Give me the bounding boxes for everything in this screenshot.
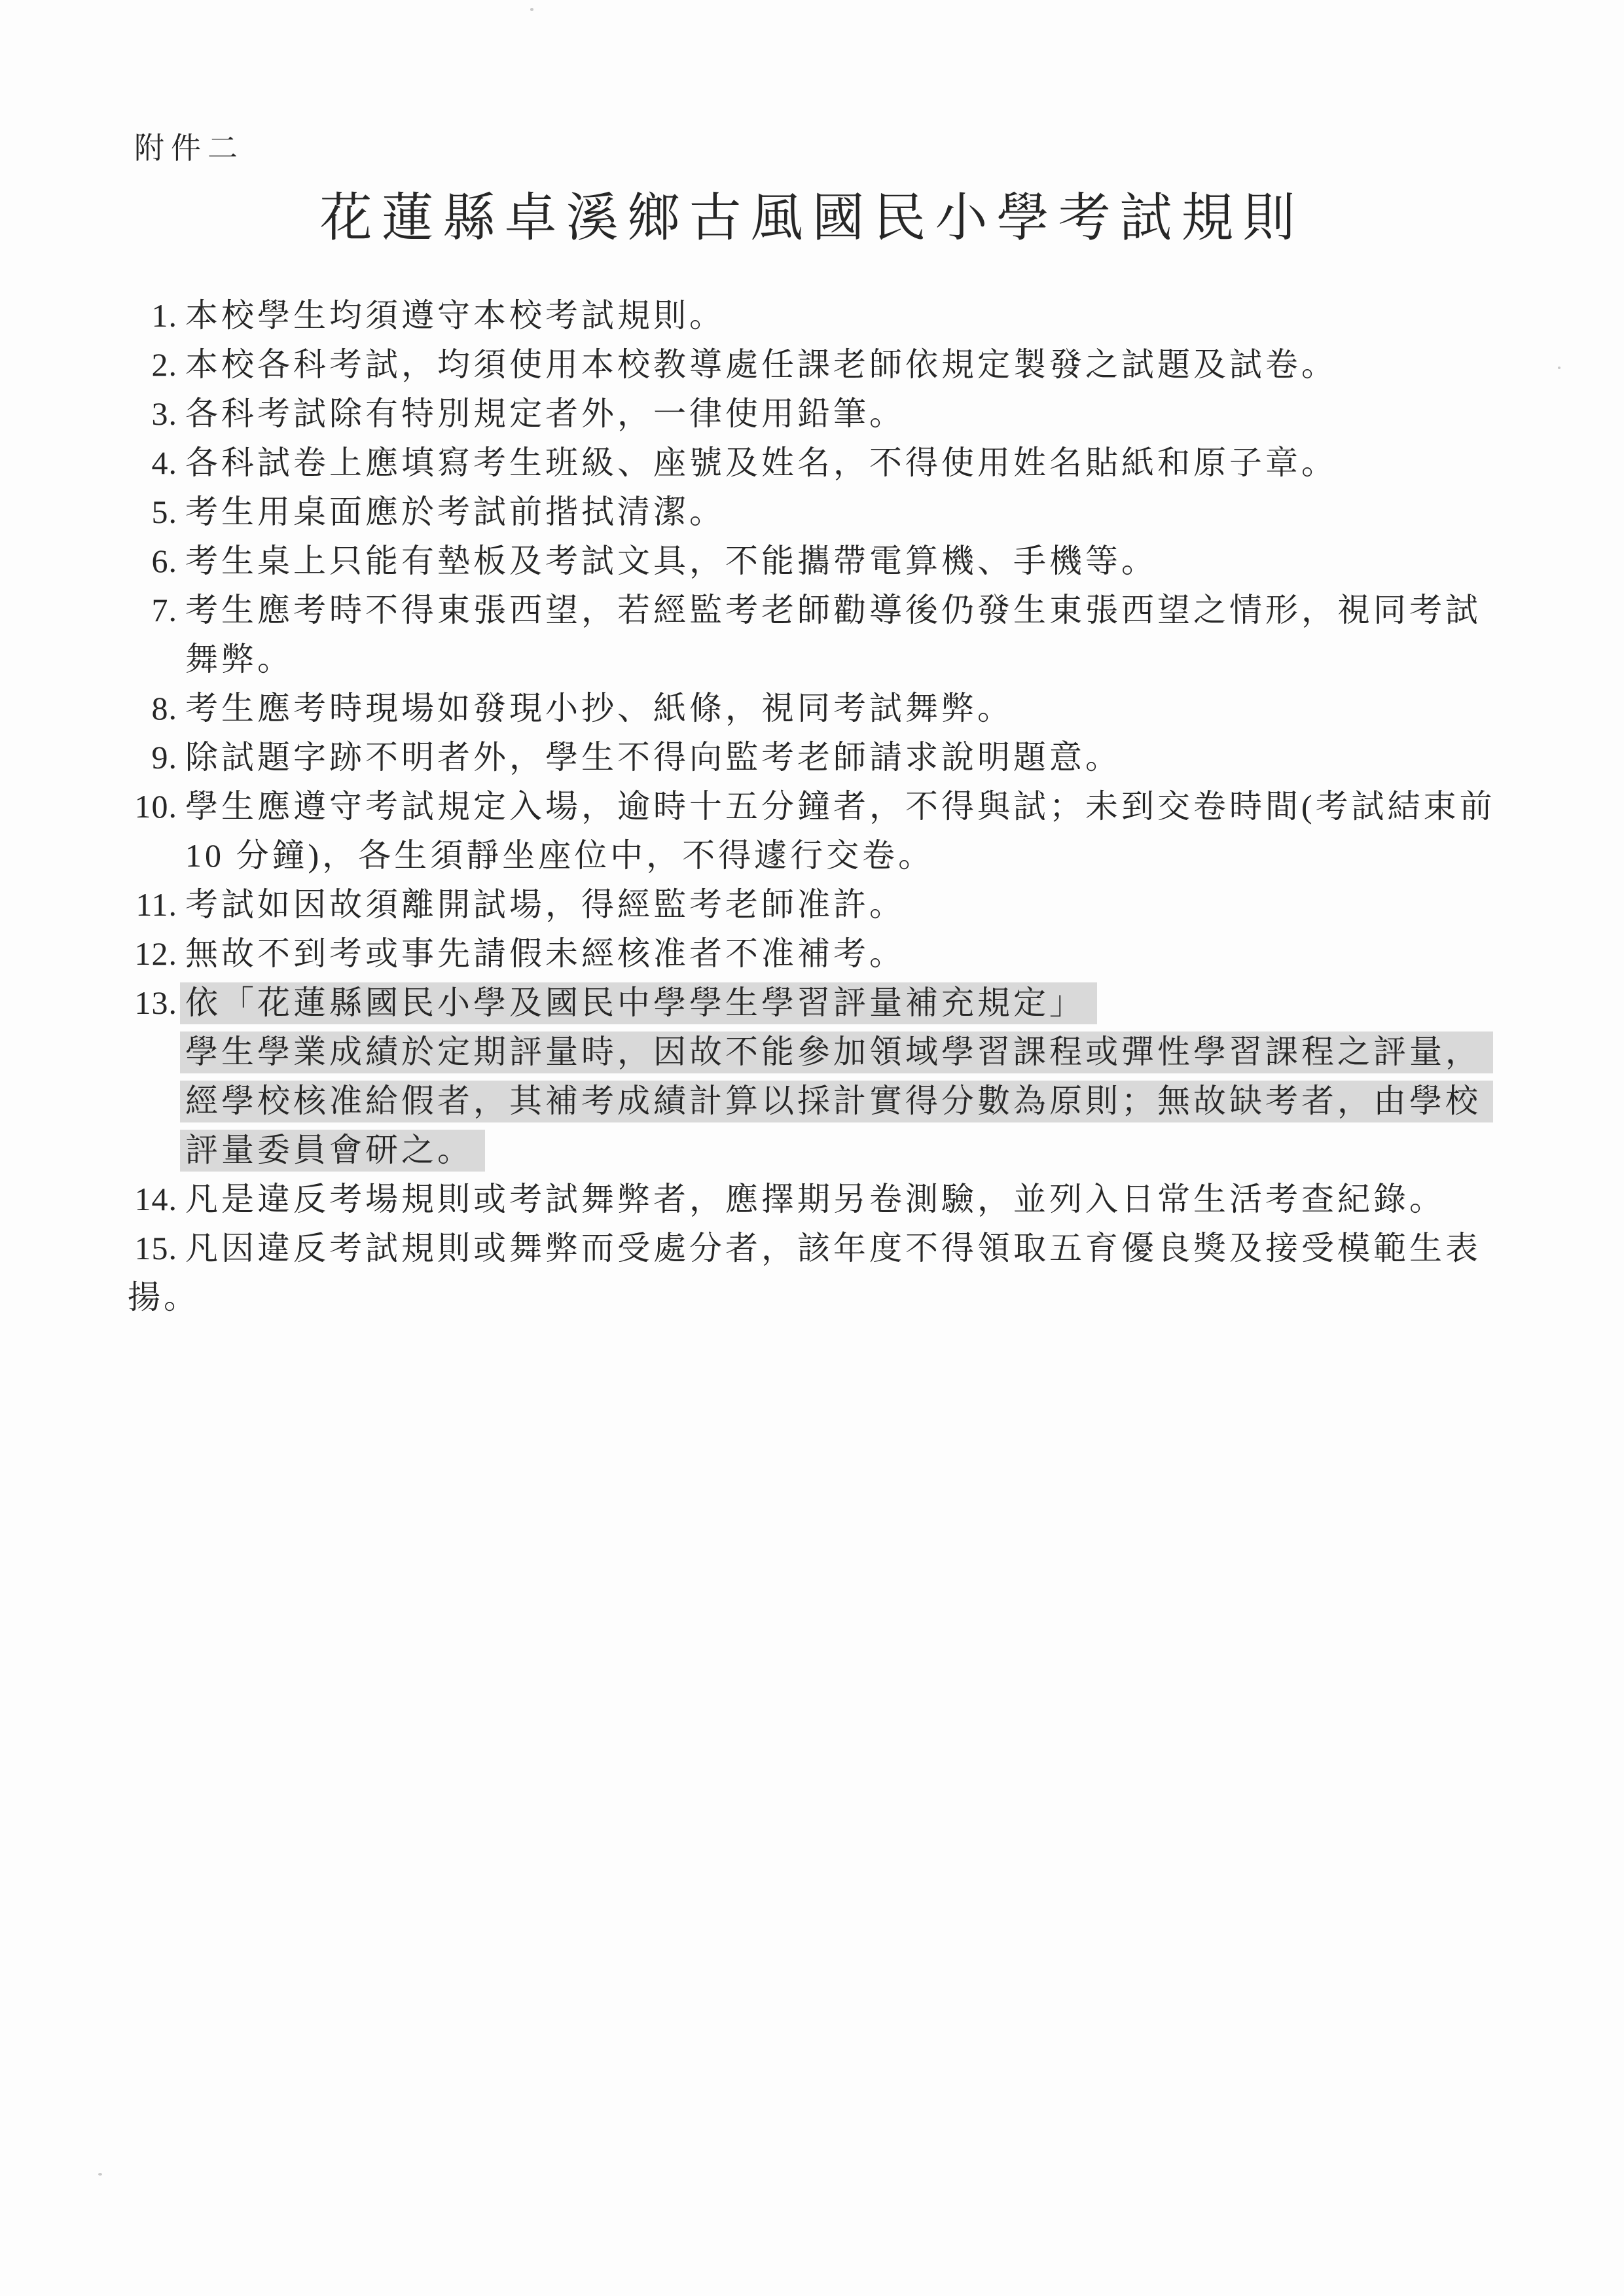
rule-line: 經學校核准給假者，其補考成績計算以採計實得分數為原則；無故缺考者，由學校 [185,1077,1528,1126]
rule-lines: 凡是違反考場規則或考試舞弊者，應擇期另卷測驗，並列入日常生活考查紀錄。 [185,1175,1528,1224]
rule-number: 12. [128,929,177,978]
rule-number: 15. [128,1224,177,1273]
attachment-label: 附件二 [134,124,244,168]
rule-line: 考生桌上只能有墊板及考試文具，不能攜帶電算機、手機等。 [185,537,1528,586]
rule-item: 10. 學生應遵守考試規定入場，逾時十五分鐘者，不得與試；未到交卷時間(考試結束… [128,782,1528,880]
rule-number: 1. [128,291,177,340]
rule-number: 3. [128,389,177,439]
highlighted-text: 評量委員會研之。 [180,1130,485,1172]
rule-line: 學生學業成績於定期評量時，因故不能參加領域學習課程或彈性學習課程之評量， [185,1028,1528,1077]
rule-number: 6. [128,537,177,586]
rule-item: 4. 各科試卷上應填寫考生班級、座號及姓名，不得使用姓名貼紙和原子章。 [128,439,1528,488]
page-title: 花蓮縣卓溪鄉古風國民小學考試規則 [0,175,1624,251]
rule-line: 評量委員會研之。 [185,1126,1528,1175]
rules-list: 1. 本校學生均須遵守本校考試規則。 2. 本校各科考試，均須使用本校教導處任課… [128,291,1528,1322]
rule-lines: 學生應遵守考試規定入場，逾時十五分鐘者，不得與試；未到交卷時間(考試結束前10 … [185,782,1528,880]
rule-lines: 本校各科考試，均須使用本校教導處任課老師依規定製發之試題及試卷。 [185,340,1528,389]
rule-item: 8. 考生應考時現場如發現小抄、紙條，視同考試舞弊。 [128,684,1528,733]
rule-number: 4. [128,439,177,488]
rule-line: 10 分鐘)，各生須靜坐座位中，不得遽行交卷。 [185,831,1528,880]
rule-line: 舞弊。 [185,635,1528,684]
rule-lines: 無故不到考或事先請假未經核准者不准補考。 [185,929,1528,978]
rule-line: 考試如因故須離開試場，得經監考老師准許。 [185,880,1528,929]
scan-speck [98,2173,102,2176]
rule-number: 11. [128,880,177,929]
rule-line: 凡是違反考場規則或考試舞弊者，應擇期另卷測驗，並列入日常生活考查紀錄。 [185,1175,1528,1224]
rule-item: 12. 無故不到考或事先請假未經核准者不准補考。 [128,929,1528,978]
rule-lines: 考生桌上只能有墊板及考試文具，不能攜帶電算機、手機等。 [185,537,1528,586]
rule-number: 14. [128,1175,177,1224]
rule-item: 2. 本校各科考試，均須使用本校教導處任課老師依規定製發之試題及試卷。 [128,340,1528,389]
rule-item: 14. 凡是違反考場規則或考試舞弊者，應擇期另卷測驗，並列入日常生活考查紀錄。 [128,1175,1528,1224]
rule-line: 學生應遵守考試規定入場，逾時十五分鐘者，不得與試；未到交卷時間(考試結束前 [185,782,1528,831]
rule-line: 無故不到考或事先請假未經核准者不准補考。 [185,929,1528,978]
rule-item: 15. 凡因違反考試規則或舞弊而受處分者，該年度不得領取五育優良獎及接受模範生表… [128,1224,1528,1322]
rule-item: 5. 考生用桌面應於考試前揩拭清潔。 [128,488,1528,537]
rule-lines: 考試如因故須離開試場，得經監考老師准許。 [185,880,1528,929]
rule-number: 10. [128,782,177,831]
rule-item: 3. 各科考試除有特別規定者外，一律使用鉛筆。 [128,389,1528,439]
rule-line: 本校學生均須遵守本校考試規則。 [185,291,1528,340]
rule-line: 考生應考時現場如發現小抄、紙條，視同考試舞弊。 [185,684,1528,733]
scan-speck [1558,367,1561,369]
rule-item: 6. 考生桌上只能有墊板及考試文具，不能攜帶電算機、手機等。 [128,537,1528,586]
highlighted-text: 依「花蓮縣國民小學及國民中學學生學習評量補充規定」 [180,982,1097,1024]
document-page: 附件二 花蓮縣卓溪鄉古風國民小學考試規則 1. 本校學生均須遵守本校考試規則。 … [0,0,1624,2296]
rule-line: 各科考試除有特別規定者外，一律使用鉛筆。 [185,389,1528,439]
rule-lines: 考生用桌面應於考試前揩拭清潔。 [185,488,1528,537]
rule-number: 9. [128,733,177,782]
rule-lines: 凡因違反考試規則或舞弊而受處分者，該年度不得領取五育優良獎及接受模範生表揚。 [185,1224,1528,1322]
rule-item: 11. 考試如因故須離開試場，得經監考老師准許。 [128,880,1528,929]
highlighted-text: 經學校核准給假者，其補考成績計算以採計實得分數為原則；無故缺考者，由學校 [180,1081,1493,1122]
rule-line: 依「花蓮縣國民小學及國民中學學生學習評量補充規定」 [185,978,1528,1028]
rule-lines: 考生應考時不得東張西望，若經監考老師勸導後仍發生東張西望之情形，視同考試舞弊。 [185,586,1528,684]
rule-number: 13. [128,978,177,1028]
rule-lines: 各科考試除有特別規定者外，一律使用鉛筆。 [185,389,1528,439]
rule-lines: 各科試卷上應填寫考生班級、座號及姓名，不得使用姓名貼紙和原子章。 [185,439,1528,488]
rule-item: 7. 考生應考時不得東張西望，若經監考老師勸導後仍發生東張西望之情形，視同考試舞… [128,586,1528,684]
rule-line: 考生用桌面應於考試前揩拭清潔。 [185,488,1528,537]
rule-lines: 依「花蓮縣國民小學及國民中學學生學習評量補充規定」學生學業成績於定期評量時，因故… [185,978,1528,1175]
rule-lines: 除試題字跡不明者外，學生不得向監考老師請求說明題意。 [185,733,1528,782]
rule-line: 考生應考時不得東張西望，若經監考老師勸導後仍發生東張西望之情形，視同考試 [185,586,1528,635]
rule-line: 凡因違反考試規則或舞弊而受處分者，該年度不得領取五育優良獎及接受模範生表 [185,1224,1528,1273]
rule-item: 1. 本校學生均須遵守本校考試規則。 [128,291,1528,340]
rule-line: 本校各科考試，均須使用本校教導處任課老師依規定製發之試題及試卷。 [185,340,1528,389]
rule-number: 5. [128,488,177,537]
rule-line: 除試題字跡不明者外，學生不得向監考老師請求說明題意。 [185,733,1528,782]
scan-speck [530,8,533,11]
rule-line: 各科試卷上應填寫考生班級、座號及姓名，不得使用姓名貼紙和原子章。 [185,439,1528,488]
rule-item: 13. 依「花蓮縣國民小學及國民中學學生學習評量補充規定」學生學業成績於定期評量… [128,978,1528,1175]
rule-number: 8. [128,684,177,733]
rule-lines: 考生應考時現場如發現小抄、紙條，視同考試舞弊。 [185,684,1528,733]
rule-number: 7. [128,586,177,635]
rule-line: 揚。 [128,1273,1528,1322]
rule-item: 9. 除試題字跡不明者外，學生不得向監考老師請求說明題意。 [128,733,1528,782]
rule-lines: 本校學生均須遵守本校考試規則。 [185,291,1528,340]
highlighted-text: 學生學業成績於定期評量時，因故不能參加領域學習課程或彈性學習課程之評量， [180,1031,1493,1073]
rule-number: 2. [128,340,177,389]
